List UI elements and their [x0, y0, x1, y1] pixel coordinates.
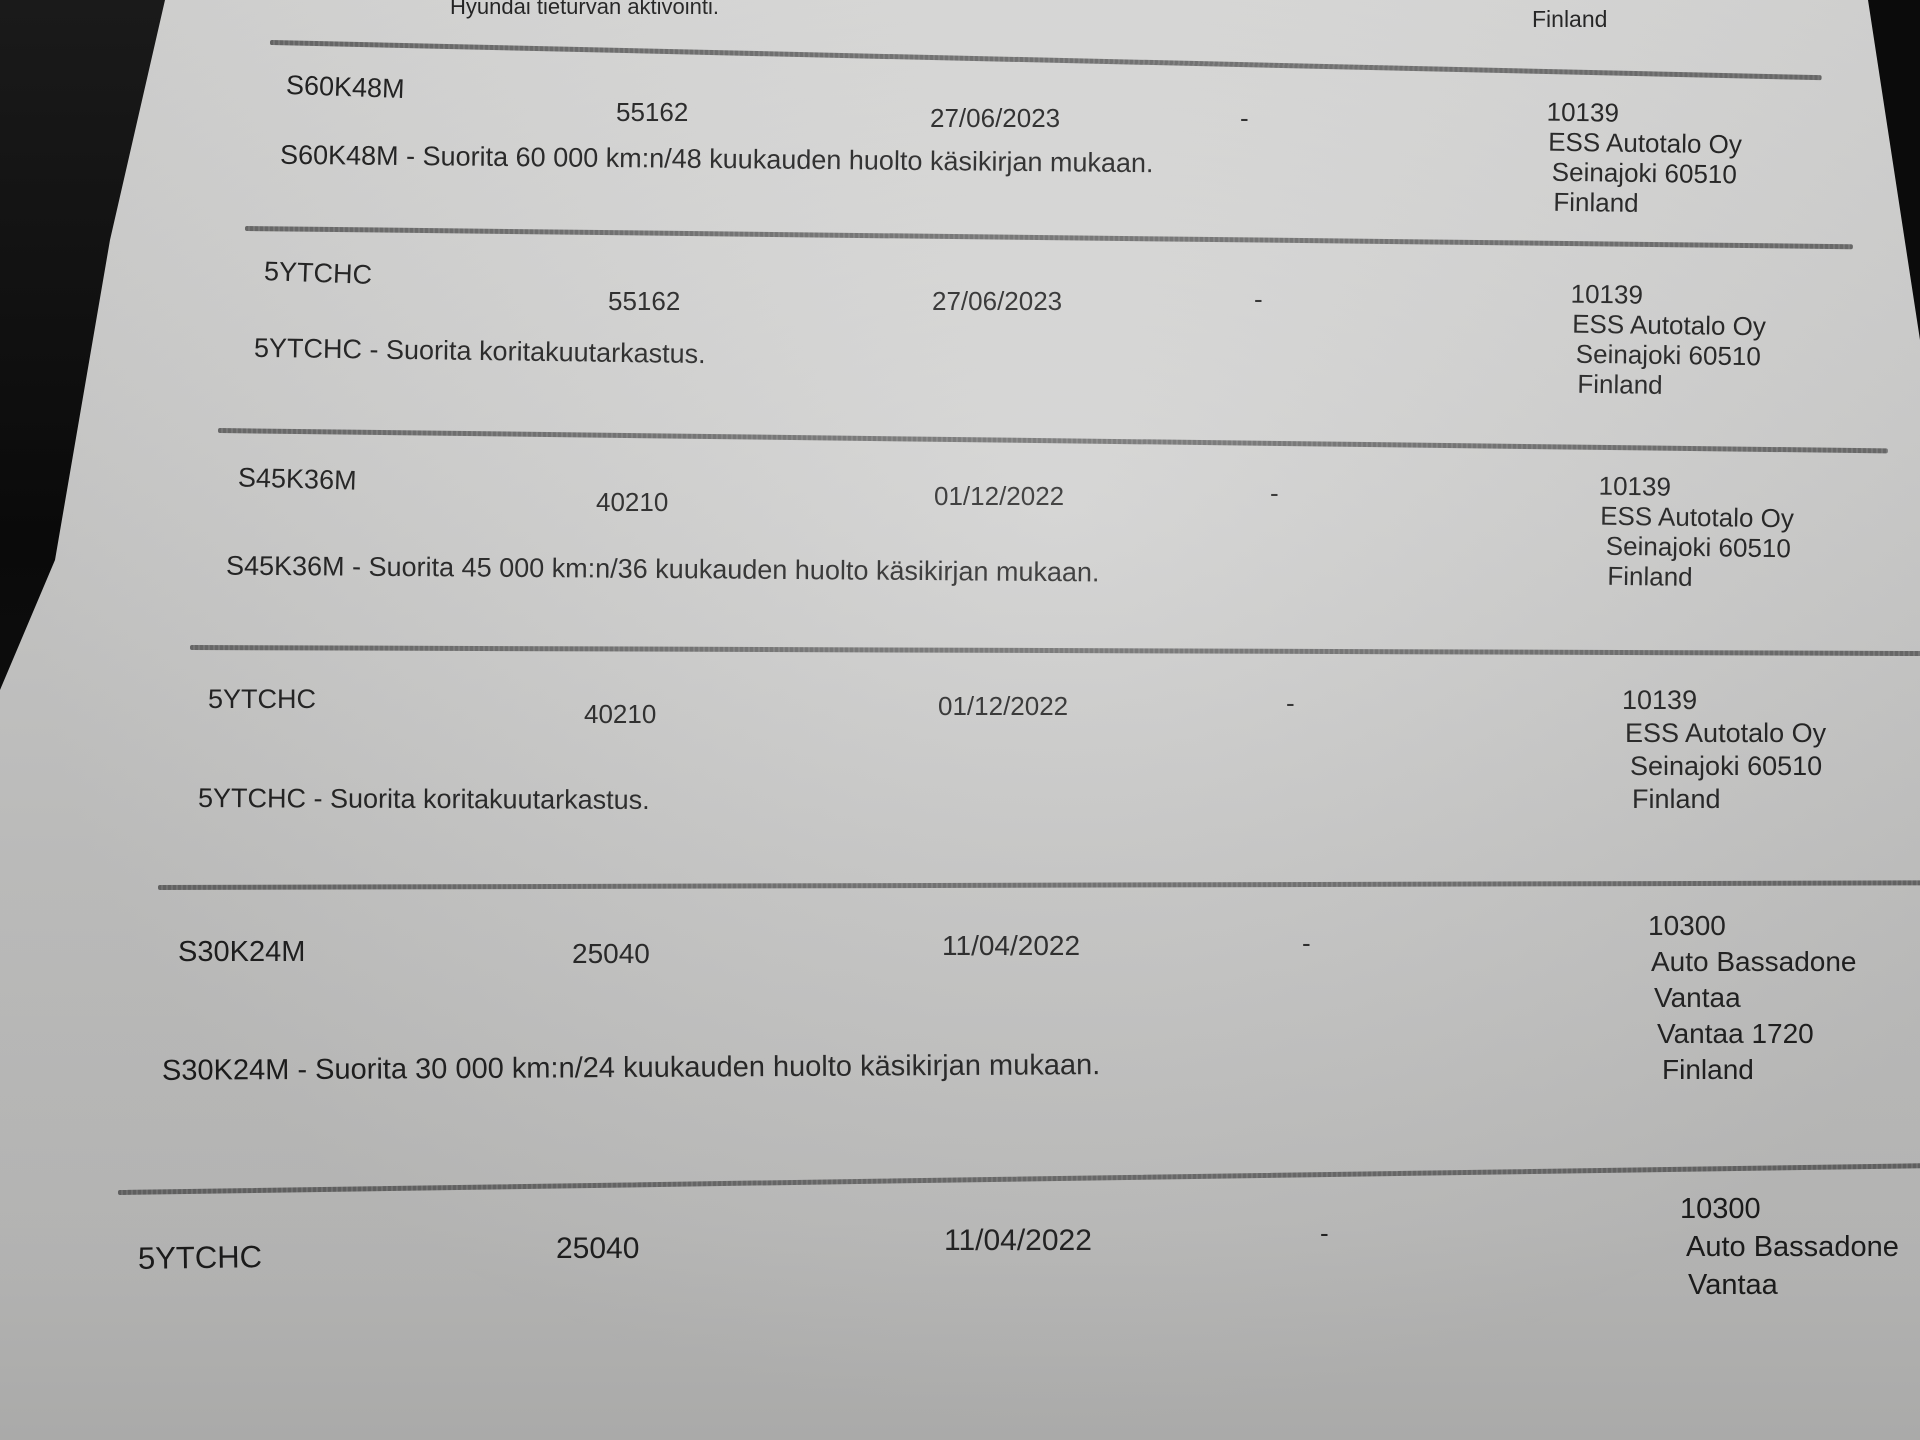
service-date: 11/04/2022	[942, 930, 1080, 962]
service-code: 5YTCHC	[208, 684, 316, 715]
extra-field: -	[1270, 478, 1279, 509]
service-date: 27/06/2023	[932, 286, 1062, 317]
service-date: 01/12/2022	[934, 481, 1064, 512]
dealer-block: 10139 ESS Autotalo Oy Seinajoki 60510 Fi…	[1622, 684, 1826, 816]
dealer-number: 10139	[1622, 684, 1826, 717]
dealer-name: ESS Autotalo Oy	[1622, 717, 1826, 750]
dealer-number: 10300	[1680, 1190, 1899, 1228]
service-code: 5YTCHC	[138, 1239, 263, 1277]
dealer-city: Seinajoki 60510	[1622, 750, 1826, 783]
dealer-country: Finland	[1545, 187, 1741, 220]
dealer-city: Seinajoki 60510	[1598, 531, 1794, 564]
dealer-number: 10139	[1570, 279, 1766, 312]
service-description: S30K24M - Suorita 30 000 km:n/24 kuukaud…	[162, 1049, 1100, 1088]
service-description: S45K36M - Suorita 45 000 km:n/36 kuukaud…	[226, 551, 1100, 589]
dealer-block: 10139 ESS Autotalo Oy Seinajoki 60510 Fi…	[1569, 279, 1766, 402]
dealer-country: Finland	[1622, 783, 1826, 816]
odometer-km: 25040	[556, 1232, 639, 1266]
dealer-block: 10300 Auto Bassadone Vantaa	[1680, 1190, 1899, 1304]
dealer-name: ESS Autotalo Oy	[1570, 309, 1766, 342]
dealer-name: Auto Bassadone	[1648, 944, 1857, 980]
service-code: S45K36M	[238, 462, 357, 496]
extra-field: -	[1286, 688, 1295, 719]
odometer-km: 40210	[596, 487, 668, 518]
row-divider	[270, 40, 1822, 80]
dealer-number: 10139	[1546, 97, 1742, 130]
dealer-country: Finland	[1648, 1052, 1857, 1088]
row-divider	[245, 226, 1853, 249]
service-date: 27/06/2023	[930, 103, 1060, 134]
dealer-name: ESS Autotalo Oy	[1598, 501, 1794, 534]
extra-field: -	[1302, 928, 1311, 959]
extra-field: -	[1254, 284, 1263, 315]
dealer-number: 10300	[1648, 908, 1857, 944]
dealer-block: 10139 ESS Autotalo Oy Seinajoki 60510 Fi…	[1597, 471, 1794, 594]
dealer-name: Auto Bassadone	[1680, 1228, 1899, 1266]
top-note-fragment: Hyundai tieturvan aktivointi.	[450, 0, 719, 20]
dealer-block: 10300 Auto Bassadone Vantaa Vantaa 1720 …	[1648, 908, 1857, 1088]
odometer-km: 55162	[616, 97, 688, 128]
dealer-country: Finland	[1569, 369, 1765, 402]
dealer-number: 10139	[1598, 471, 1794, 504]
dealer-block: 10139 ESS Autotalo Oy Seinajoki 60510 Fi…	[1545, 97, 1742, 220]
service-date: 11/04/2022	[944, 1224, 1092, 1258]
service-description: 5YTCHC - Suorita koritakuutarkastus.	[198, 783, 650, 816]
dealer-name: ESS Autotalo Oy	[1546, 127, 1742, 160]
row-divider	[218, 428, 1888, 453]
service-description: S60K48M - Suorita 60 000 km:n/48 kuukaud…	[280, 140, 1154, 179]
service-code: S30K24M	[178, 936, 305, 969]
row-divider	[118, 1163, 1920, 1195]
service-history-printout: Hyundai tieturvan aktivointi. Finland S6…	[0, 0, 1920, 1440]
odometer-km: 55162	[608, 286, 680, 317]
dealer-country: Finland	[1597, 561, 1793, 594]
odometer-km: 25040	[572, 938, 650, 970]
row-divider	[158, 880, 1920, 890]
service-date: 01/12/2022	[938, 691, 1068, 722]
dealer-city: Seinajoki 60510	[1570, 339, 1766, 372]
document-content: Hyundai tieturvan aktivointi. Finland S6…	[0, 0, 1920, 1440]
service-code: 5YTCHC	[263, 256, 372, 291]
dealer-street: Vantaa 1720	[1648, 1016, 1857, 1052]
dealer-city: Vantaa	[1648, 980, 1857, 1016]
service-code: S60K48M	[285, 70, 405, 105]
service-description: 5YTCHC - Suorita koritakuutarkastus.	[254, 333, 706, 370]
dealer-city: Seinajoki 60510	[1546, 157, 1742, 190]
dealer-city: Vantaa	[1680, 1266, 1899, 1304]
odometer-km: 40210	[584, 699, 656, 730]
row-divider	[190, 645, 1920, 656]
top-dealer-fragment: Finland	[1532, 6, 1607, 33]
extra-field: -	[1240, 103, 1249, 134]
extra-field: -	[1320, 1218, 1329, 1249]
